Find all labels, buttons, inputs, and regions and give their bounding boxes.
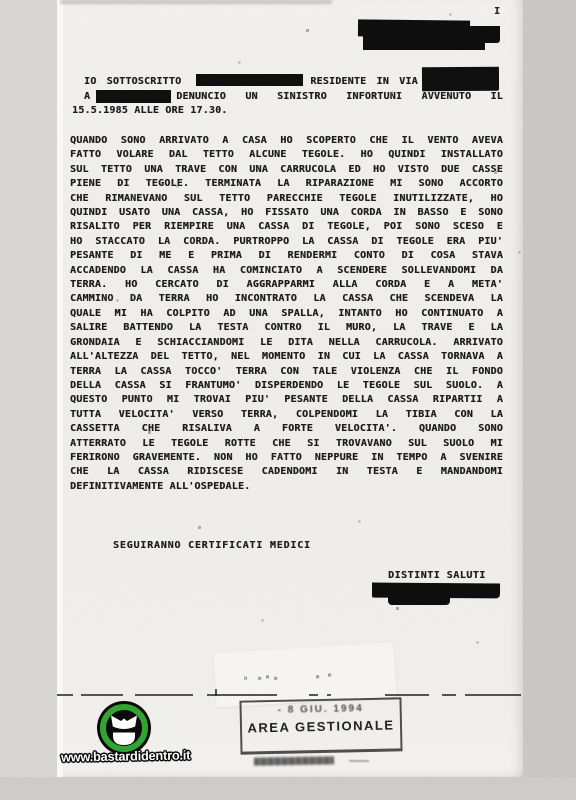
bastardidentro-watermark: www.bastardidentro.it	[57, 698, 267, 776]
letter-body-line: TUTTA VELOCITA' VERSO TERRA, COLPENDOMI …	[70, 408, 503, 422]
scan-margin-right	[523, 0, 576, 800]
corner-mark: I	[494, 6, 500, 17]
medical-certificates-note: SEGUIRANNO CERTIFICATI MEDICI	[113, 540, 311, 551]
letter-body-line: CASSETTA CHE RISALIVA A FORTE VELOCITA'.…	[70, 422, 503, 436]
opening-text: IO SOTTOSCRITTO	[84, 76, 181, 87]
letter-body-line: DEFINITIVAMENTE ALL'OSPEDALE.	[70, 480, 503, 494]
scan-margin-left	[0, 0, 57, 800]
seam-dash	[57, 694, 73, 696]
letter-body-line: FERIRONO GRAVEMENTE. NON HO FATTO NEPPUR…	[70, 451, 503, 465]
letter-opening: IO SOTTOSCRITTORESIDENTE IN VIA A DENUNC…	[70, 74, 503, 119]
letter-body-line: FATTO VOLARE DAL TETTO ALCUNE TEGOLE. HO…	[70, 148, 503, 162]
letter-body-line: QUANDO SONO ARRIVATO A CASA HO SCOPERTO …	[70, 134, 503, 148]
watermark-url: www.bastardidentro.it	[61, 746, 257, 764]
letter-body-line: CAMMINO DA TERRA HO INCONTRATO LA CASSA …	[70, 292, 503, 306]
opening-line-1: IO SOTTOSCRITTORESIDENTE IN VIA	[70, 74, 503, 90]
letter-body-line: PIENE DI TEGOLE. TERMINATA LA RIPARAZION…	[70, 177, 503, 191]
redaction-signature	[388, 597, 450, 605]
seam-dash	[465, 694, 521, 696]
seam-dash	[385, 694, 429, 696]
letter-body-line: ATTERRATO LE TEGOLE ROTTE CHE SI TROVAVA…	[70, 437, 503, 451]
scan-margin-bottom	[0, 777, 576, 800]
letter-body-line: ALL'ALTEZZA DEL TETTO, NEL MOMENTO IN CU…	[70, 350, 503, 364]
letter-page: I IO SOTTOSCRITTORESIDENTE IN VIA A DENU…	[57, 0, 523, 777]
scan-artifact-top-edge	[60, 0, 332, 4]
opening-text: A	[70, 90, 90, 105]
opening-text: RESIDENTE IN VIA	[310, 76, 418, 87]
letter-body-line: TERRA. HO CERCATO DI AGGRAPPARMI ALLA CO…	[70, 278, 503, 292]
redaction-header-block	[457, 26, 500, 43]
opening-line-3: 15.5.1985 ALLE ORE 17.30.	[70, 104, 503, 119]
redaction-name	[196, 74, 303, 86]
letter-body-line: PESANTE DI ME E PRIMA DI RENDERMI CONTO …	[70, 249, 503, 263]
seam-dash	[442, 694, 456, 696]
seam-dash	[81, 694, 123, 696]
letter-body-line: ACCADENDO LA CASSA HA COMINCIATO A SCEND…	[70, 264, 503, 278]
seam-dash	[309, 694, 318, 696]
letter-body-line: DELLA CASSA SI FRANTUMO' DISPERDENDO LE …	[70, 379, 503, 393]
letter-body-line: HO STACCATO LA CORDA. PURTROPPO LA CASSA…	[70, 235, 503, 249]
opening-text: DENUNCIO UN SINISTRO INFORTUNI AVVENUTO …	[176, 90, 503, 105]
scan-specks	[57, 0, 58, 1]
seam-dash	[327, 694, 331, 696]
letter-body-line: QUINDI USATO UNA CASSA, HO FISSATO UNA C…	[70, 206, 503, 220]
scanned-letter-image: I IO SOTTOSCRITTORESIDENTE IN VIA A DENU…	[0, 0, 576, 800]
letter-body-line: TERRA LA CASSA TOCCO' TERRA CON TALE VIO…	[70, 365, 503, 379]
redaction-street	[422, 67, 499, 92]
letter-body-line: QUALE MI HA COLPITO AD UNA SPALLA, INTAN…	[70, 307, 503, 321]
opening-line-2: A DENUNCIO UN SINISTRO INFORTUNI AVVENUT…	[70, 90, 503, 105]
seam-dash	[207, 694, 277, 696]
salutation: DISTINTI SALUTI	[388, 570, 486, 581]
letter-body-line: SALIRE BATTENDO LA TESTA CONTRO IL MURO,…	[70, 321, 503, 335]
seam-tick	[215, 689, 217, 696]
letter-body-line: QUESTO PUNTO MI TROVAI PIU' PESANTE DELL…	[70, 393, 503, 407]
letter-body-line: CHE LA CASSA RIDISCESE CADENDOMI IN TEST…	[70, 465, 503, 479]
letter-body-line: GRONDAIA E SCHIACCIANDOMI LE DITA NELLA …	[70, 336, 503, 350]
letter-body-line: CHE RIMANEVANO SUL TETTO PARECCHIE TEGOL…	[70, 192, 503, 206]
scan-specks	[245, 678, 246, 679]
letter-body-line: SUL TETTO UNA TRAVE CON UNA CARRUCOLA ED…	[70, 163, 503, 177]
seam-dash	[135, 694, 193, 696]
letter-body-line: RISALITO PER RIEMPIRE UNA CASSA DI TEGOL…	[70, 220, 503, 234]
letter-body: QUANDO SONO ARRIVATO A CASA HO SCOPERTO …	[70, 134, 503, 494]
stamp-smudge-illegible	[349, 760, 369, 762]
redaction-city	[96, 90, 171, 103]
